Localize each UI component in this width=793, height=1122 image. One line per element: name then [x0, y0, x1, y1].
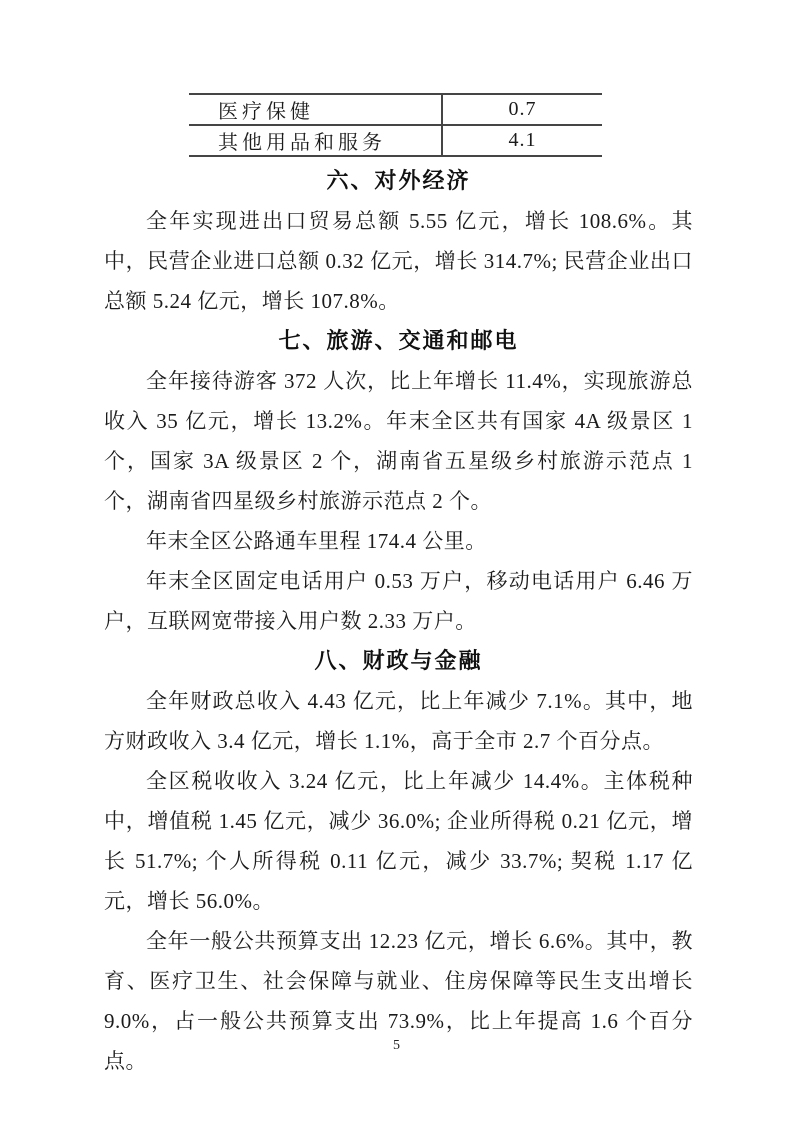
section-heading-finance: 八、财政与金融 [104, 641, 693, 681]
paragraph-fiscal-revenue: 全年财政总收入 4.43 亿元，比上年减少 7.1%。其中，地方财政收入 3.4… [104, 681, 693, 761]
table-row: 其他用品和服务 4.1 [189, 125, 602, 156]
table-cell-category: 其他用品和服务 [189, 125, 442, 156]
document-body: 六、对外经济 全年实现进出口贸易总额 5.55 亿元，增长 108.6%。其中，… [104, 161, 693, 1081]
table-cell-value: 0.7 [442, 94, 602, 125]
paragraph-budget-expenditure: 全年一般公共预算支出 12.23 亿元，增长 6.6%。其中，教育、医疗卫生、社… [104, 921, 693, 1081]
table-cell-value: 4.1 [442, 125, 602, 156]
cpi-table-continuation: 医疗保健 0.7 其他用品和服务 4.1 [189, 93, 602, 157]
paragraph-highway: 年末全区公路通车里程 174.4 公里。 [104, 521, 693, 561]
table-row: 医疗保健 0.7 [189, 94, 602, 125]
section-heading-foreign-economy: 六、对外经济 [104, 161, 693, 201]
document-page: 医疗保健 0.7 其他用品和服务 4.1 六、对外经济 全年实现进出口贸易总额 … [0, 0, 793, 1122]
paragraph-tax-revenue: 全区税收收入 3.24 亿元，比上年减少 14.4%。主体税种中，增值税 1.4… [104, 761, 693, 921]
page-number: 5 [0, 1038, 793, 1054]
section-heading-tourism-transport-post: 七、旅游、交通和邮电 [104, 321, 693, 361]
paragraph-telecom: 年末全区固定电话用户 0.53 万户，移动电话用户 6.46 万户，互联网宽带接… [104, 561, 693, 641]
paragraph-trade: 全年实现进出口贸易总额 5.55 亿元，增长 108.6%。其中，民营企业进口总… [104, 201, 693, 321]
table-cell-category: 医疗保健 [189, 94, 442, 125]
paragraph-tourism: 全年接待游客 372 人次，比上年增长 11.4%，实现旅游总收入 35 亿元，… [104, 361, 693, 521]
